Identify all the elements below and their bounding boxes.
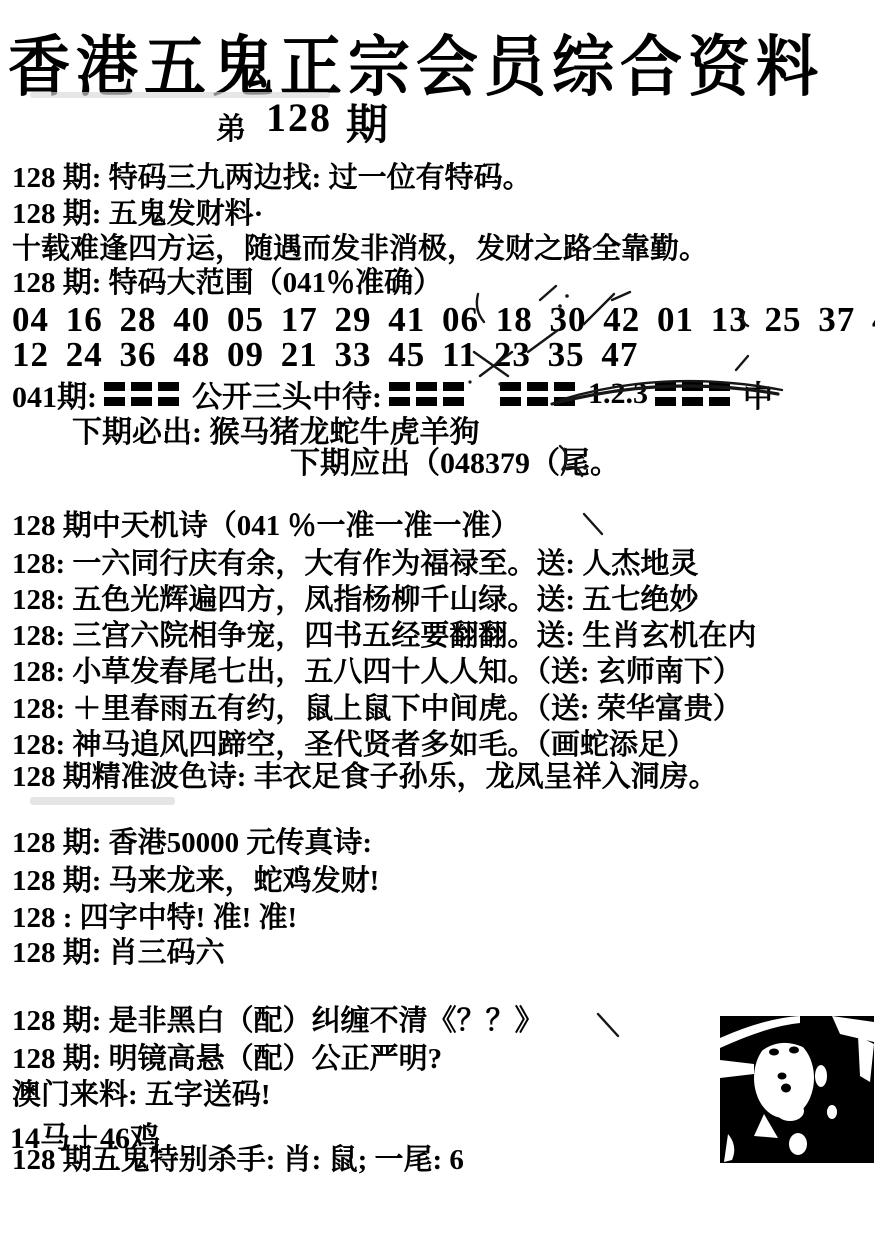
equals-block	[389, 382, 410, 406]
fax-line: 128 期: 肖三码六	[12, 938, 225, 970]
scan-smudge	[30, 92, 330, 98]
intro-line-4: 128 期: 特码大范围（041％准确）	[12, 268, 442, 300]
equals-block	[554, 382, 575, 406]
block-group	[389, 382, 470, 406]
open-row-crossed-numbers: 1.2.3	[588, 377, 648, 411]
fax-line: 128 期: 香港50000 元传真诗:	[12, 828, 372, 860]
equals-block	[709, 382, 730, 406]
block-group	[500, 382, 581, 406]
sky-poem-title: 128 期中天机诗（041 ％一准一准一准）	[12, 511, 520, 543]
issue-suffix: 期	[346, 92, 388, 152]
equals-block	[158, 382, 179, 406]
numbers-row-1: 04 16 28 40 05 17 29 41 06 18 30 42 01 1…	[12, 300, 875, 340]
numbers-row-2: 12 24 36 48 09 21 33 45 11 23 35 47	[12, 335, 638, 375]
equals-block	[131, 382, 152, 406]
sky-poem-line: 128: ＋里春雨五有约，鼠上鼠下中间虎。（送: 荣华富贵）	[12, 694, 742, 726]
wave-color-poem-line: 128 期精准波色诗: 丰衣足食子孙乐，龙凤呈祥入洞房。	[12, 762, 718, 794]
sky-poem-line: 128: 神马追风四蹄空，圣代贤者多如毛。（画蛇添足）	[12, 730, 696, 762]
equals-block	[416, 382, 437, 406]
fax-line: 128 期: 马来龙来，蛇鸡发财!	[12, 866, 379, 898]
intro-line-3: 十载难逢四方运，随遇而发非消极，发财之路全靠勤。	[12, 234, 708, 266]
intro-line-1: 128 期: 特码三九两边找: 过一位有特码。	[12, 163, 532, 195]
portrait-photo	[720, 1016, 874, 1163]
black-white-line: 128 期: 是非黑白（配）纠缠不清《？？》	[12, 1006, 544, 1038]
scan-smudge	[30, 797, 175, 805]
fax-line: 128 : 四字中特! 准! 准!	[12, 903, 297, 935]
equals-block	[104, 382, 125, 406]
issue-prefix: 弟	[216, 104, 246, 148]
block-group	[104, 382, 185, 406]
macau-line: 澳门来料: 五字送码!	[12, 1080, 271, 1112]
issue-number: 128	[266, 94, 332, 141]
sky-poem-line: 128: 小草发春尾七出，五八四十人人知。（送: 玄师南下）	[12, 657, 742, 689]
scanned-lottery-sheet: { "header": { "title": "香港五鬼正宗会员综合资料", "…	[0, 0, 875, 1238]
special-killer-line: 128 期五鬼特别杀手: 肖: 鼠; 一尾: 6	[12, 1145, 464, 1177]
block-group	[655, 382, 736, 406]
intro-line-2: 128 期: 五鬼发财料·	[12, 199, 263, 231]
open-row-suffix: 中	[743, 372, 773, 416]
equals-block	[443, 382, 464, 406]
equals-block	[500, 382, 521, 406]
sky-poem-line: 128: 三宫六院相争宠，四书五经要翻翻。送: 生肖玄机在内	[12, 621, 756, 653]
next-should-out-line: 下期应出（048379（尾。	[290, 438, 620, 482]
sky-poem-line: 128: 五色光辉遍四方，凤指杨柳千山绿。送: 五七绝妙	[12, 585, 698, 617]
sky-poem-line: 128: 一六同行庆有余，大有作为福禄至。送: 人杰地灵	[12, 549, 698, 581]
mirror-line: 128 期: 明镜高悬（配）公正严明?	[12, 1044, 442, 1076]
equals-block	[682, 382, 703, 406]
equals-block	[527, 382, 548, 406]
equals-block	[655, 382, 676, 406]
